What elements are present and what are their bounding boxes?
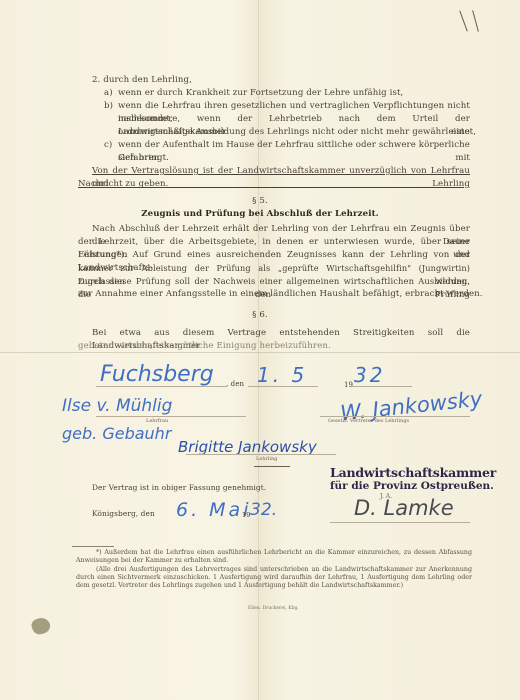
approval-date-handwritten: 6. Mai bbox=[176, 499, 251, 521]
lehrfrau-line bbox=[96, 416, 246, 417]
year-handwritten: 32 bbox=[354, 363, 385, 387]
guardian-line bbox=[320, 416, 470, 417]
den-label: , den bbox=[226, 378, 244, 391]
paper-stain bbox=[30, 615, 52, 636]
notice-line: Nachricht zu geben. bbox=[78, 178, 169, 191]
guardian-label: Gesetzl. Vertreter des Lehrlings bbox=[328, 418, 409, 424]
lehrling-line bbox=[186, 454, 336, 455]
pencil-mark bbox=[472, 10, 479, 32]
date-handwritten: 1. 5 bbox=[257, 363, 307, 387]
footnote-2: (Alle drei Ausfertigungen des Lehrvertra… bbox=[76, 566, 472, 590]
official-signature: D. Lamke bbox=[354, 496, 454, 520]
document-page: 2. durch den Lehrling, a) wenn er durch … bbox=[0, 0, 520, 700]
lehrfrau-signature: Ilse v. Mühlig bbox=[62, 396, 172, 416]
clause-c-line: sich bringt. bbox=[118, 152, 169, 165]
lehrling-label: Lehrling bbox=[256, 456, 278, 462]
approval-text: Der Vertrag ist in obiger Fassung genehm… bbox=[92, 482, 266, 495]
paragraph-5-number: § 5. bbox=[0, 195, 520, 208]
approval-year-handwritten: 32. bbox=[250, 500, 277, 520]
section-2-intro: 2. durch den Lehrling, bbox=[92, 74, 192, 87]
date-line bbox=[248, 386, 318, 387]
chamber-stamp-line2: für die Provinz Ostpreußen. bbox=[330, 480, 494, 492]
approval-place: Königsberg, den bbox=[92, 508, 155, 521]
paragraph-6-line: gebeten werden, eine gütliche Einigung h… bbox=[78, 340, 331, 353]
clause-b-label: b) bbox=[104, 100, 113, 113]
chamber-stamp-line1: Landwirtschaftskammer bbox=[330, 465, 496, 480]
clause-a-text: wenn er durch Krankheit zur Fortsetzung … bbox=[118, 87, 403, 100]
footnote-1: *) Außerdem hat die Lehrfrau einen ausfü… bbox=[76, 549, 472, 565]
separator-dash bbox=[254, 466, 290, 467]
lehrfrau-signature-line2: geb. Gebauhr bbox=[62, 424, 171, 443]
place-line bbox=[96, 386, 226, 387]
place-handwritten: Fuchsberg bbox=[100, 362, 214, 387]
paragraph-5-line: zur Annahme einer Anfangsstelle in einem… bbox=[78, 288, 483, 301]
clause-c-label: c) bbox=[104, 139, 112, 152]
official-signature-line bbox=[330, 522, 470, 523]
clause-a-label: a) bbox=[104, 87, 113, 100]
footnote-separator bbox=[72, 546, 114, 547]
clause-b-line: ordnungsmäßige Ausbildung des Lehrlings … bbox=[118, 126, 476, 139]
paragraph-5-heading: Zeugnis und Prüfung bei Abschluß der Leh… bbox=[0, 208, 520, 221]
pencil-mark bbox=[459, 10, 467, 31]
year-line bbox=[352, 386, 412, 387]
paragraph-6-number: § 6. bbox=[0, 309, 520, 322]
printer-mark: Ellen. Druckerei, Kbg. bbox=[248, 606, 299, 611]
clause-c-line: wenn der Aufenthalt im Hause der Lehrfra… bbox=[118, 139, 470, 164]
